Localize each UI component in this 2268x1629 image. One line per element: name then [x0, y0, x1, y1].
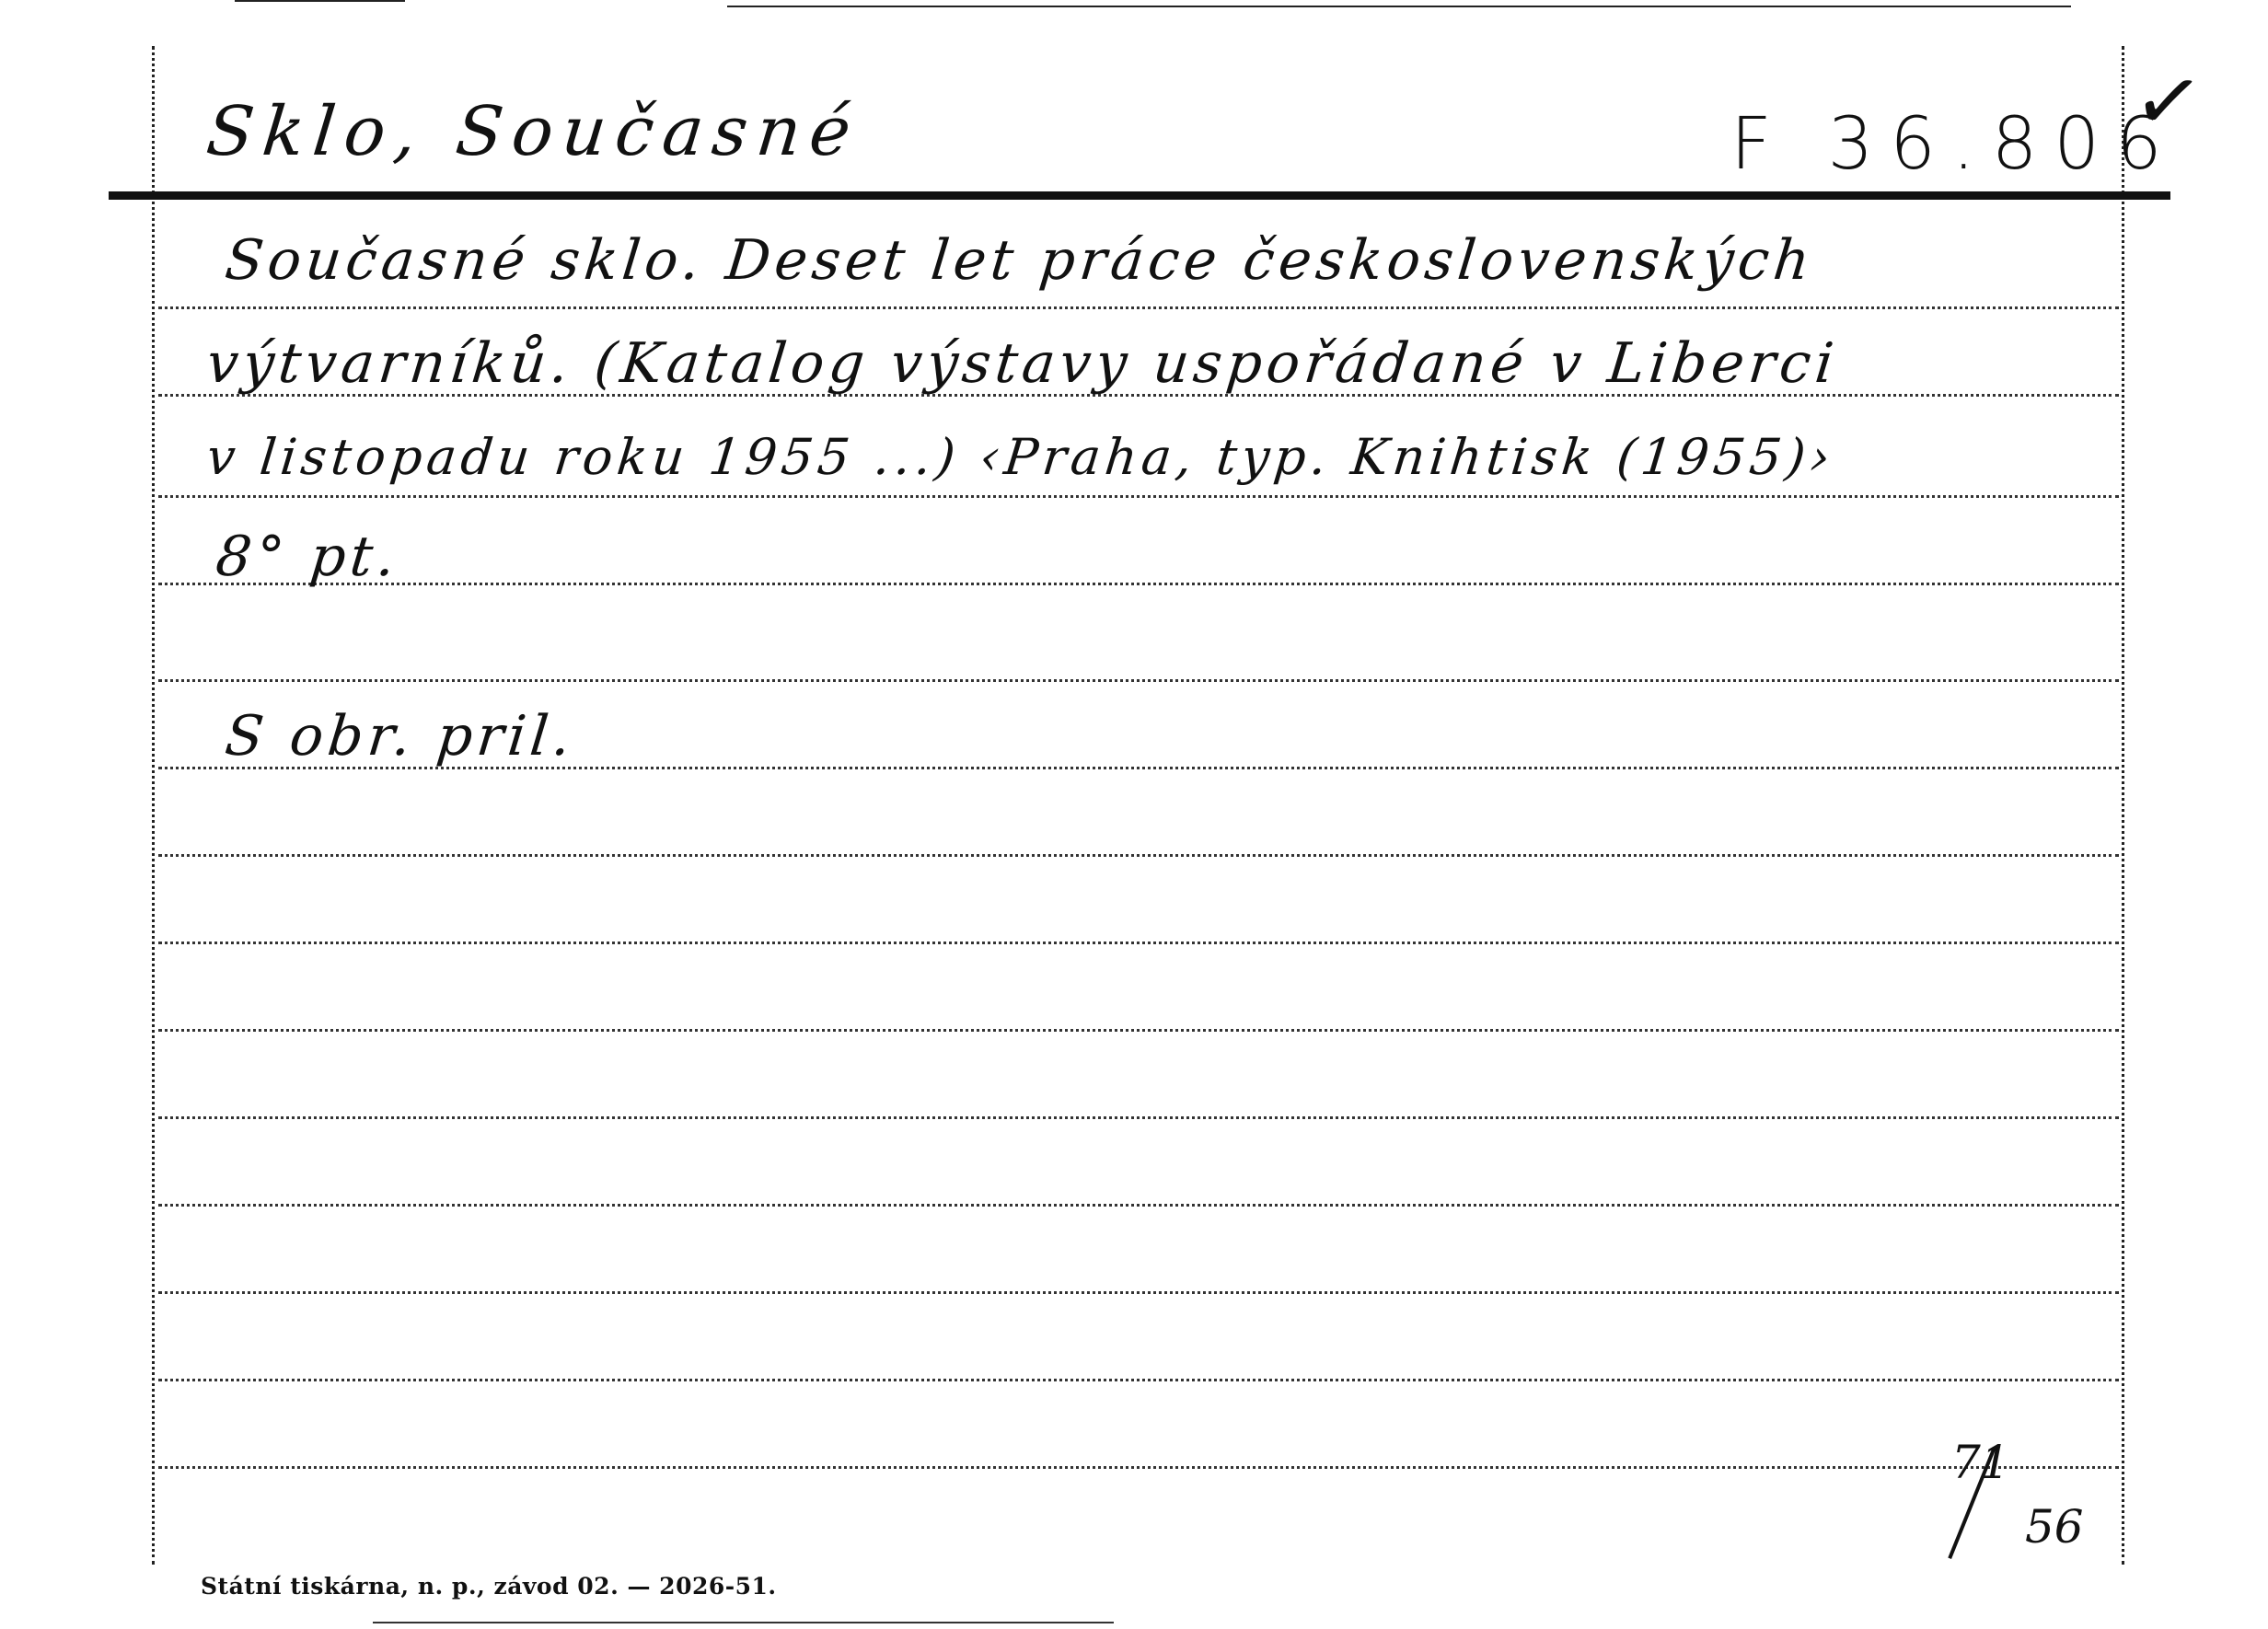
note-line: S obr. pril.	[222, 704, 578, 768]
fraction-denominator: 56	[2025, 1500, 2084, 1554]
ruled-line	[158, 1204, 2119, 1207]
ruled-line	[158, 942, 2119, 944]
top-edge-mark	[235, 0, 405, 2]
ruled-line	[158, 583, 2119, 585]
description-line-3: v listopadu roku 1955 ...) ‹Praha, typ. …	[204, 428, 1838, 486]
ruled-line	[158, 854, 2119, 857]
ruled-line	[158, 679, 2119, 682]
ruled-line	[158, 1029, 2119, 1032]
ruled-line	[158, 1379, 2119, 1381]
ruled-line	[158, 1116, 2119, 1119]
heading-text: Sklo, Současné	[202, 92, 863, 171]
ruled-line	[158, 306, 2119, 309]
catalog-card: Sklo, Současné F 36.806 ✓ Současné sklo.…	[0, 0, 2268, 1629]
left-margin-line	[152, 46, 155, 1565]
top-edge-line	[727, 6, 2071, 7]
ruled-line	[158, 495, 2119, 498]
right-margin-line	[2122, 46, 2124, 1565]
format-line: 8° pt.	[213, 525, 402, 589]
ruled-line	[158, 1291, 2119, 1294]
description-line-2: výtvarníků. (Katalog výstavy uspořádané …	[203, 331, 1841, 396]
bottom-edge-line	[373, 1622, 1114, 1623]
description-line-1: Současné sklo. Deset let práce českoslov…	[222, 228, 1817, 293]
printer-imprint: Státní tiskárna, n. p., závod 02. — 2026…	[201, 1573, 777, 1600]
heading-rule	[109, 191, 2170, 200]
call-number: F 36.806	[1730, 103, 2179, 186]
page-fraction: 71 56	[1942, 1436, 2089, 1565]
ruled-line	[158, 1466, 2119, 1469]
check-mark-icon: ✓	[2127, 49, 2209, 154]
